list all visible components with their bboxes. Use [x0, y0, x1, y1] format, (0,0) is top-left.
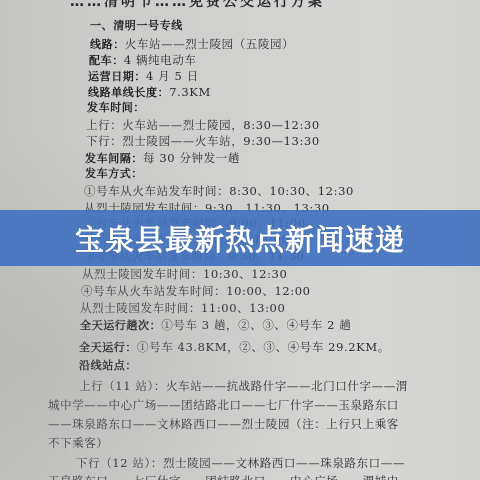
- route-row: 线路：火车站——烈士陵园（五陵园）: [90, 37, 294, 52]
- upbound-line: 上行：火车站——烈士陵园，8:30—12:30: [86, 118, 320, 132]
- stops-line: 下行（12 站）：烈士陵园——文林路西口——珠泉路东口——: [76, 456, 405, 470]
- schedule-line: ①号车从火车站发车时间：8:30、10:30、12:30: [84, 184, 354, 198]
- schedule-line: 从烈士陵园发车时间：10:30、12:30: [82, 267, 287, 281]
- headline-banner: 宝泉县最新热点新闻速递: [0, 210, 480, 266]
- downbound-line: 下行：烈士陵园——火车站，9:30—13:30: [86, 134, 320, 148]
- departure-mode-heading: 发车方式：: [85, 167, 143, 181]
- operating-date-value: 4 月 5 日: [146, 69, 199, 83]
- daily-trips-row: 全天运行趟次：①号车 3 趟，②、③、④号车 2 趟: [80, 318, 351, 333]
- stops-heading: 沿线站点：: [79, 359, 137, 373]
- stops-line: 玉泉路东口——七厂什字——团结路北口——中心广场——渭城中: [48, 474, 399, 480]
- departure-time-heading: 发车时间：: [87, 101, 145, 115]
- stops-line: 城中学——中心广场——团结路北口——七厂什字——玉泉路东口: [48, 398, 399, 412]
- stops-line: 不下乘客）: [48, 436, 109, 450]
- schedule-line: ④号车从火车站发车时间：10:00、12:00: [81, 284, 311, 298]
- section-heading: 一、清明一号专线: [90, 19, 183, 33]
- operating-date-label: 运营日期：: [88, 70, 146, 83]
- document-title-clipped: ……清明节……免费公交运行方案: [70, 0, 325, 11]
- daily-trips-value: ①号车 3 趟，②、③、④号车 2 趟: [161, 318, 351, 332]
- schedule-line: 从烈士陵园发车时间：11:00、13:00: [80, 301, 285, 315]
- route-length-label: 线路单线长度：: [88, 86, 169, 99]
- interval-label: 发车间隔：: [85, 152, 143, 165]
- vehicles-row: 配车：4 辆纯电动车: [89, 53, 196, 68]
- headline-text: 宝泉县最新热点新闻速递: [75, 218, 405, 259]
- route-value: 火车站——烈士陵园（五陵园）: [125, 37, 294, 51]
- interval-row: 发车间隔：每 30 分钟发一趟: [85, 151, 240, 166]
- stops-line: 上行（11 站）：火车站——抗战路什字——北门口什字——渭: [79, 379, 408, 393]
- route-length-row: 线路单线长度：7.3KM: [88, 85, 211, 100]
- daily-distance-row: 全天运行：①号车 43.8KM，②、③、④号车 29.2KM。: [79, 340, 390, 355]
- interval-value: 每 30 分钟发一趟: [143, 151, 240, 165]
- daily-distance-value: ①号车 43.8KM，②、③、④号车 29.2KM。: [137, 340, 390, 354]
- vehicles-value: 4 辆纯电动车: [124, 53, 197, 67]
- stops-line: ——珠泉路东口——文林路西口——烈士陵园（注：上行只上乘客: [48, 417, 399, 431]
- route-length-value: 7.3KM: [169, 85, 211, 99]
- daily-distance-label: 全天运行：: [79, 341, 137, 354]
- daily-trips-label: 全天运行趟次：: [80, 319, 161, 332]
- operating-date-row: 运营日期：4 月 5 日: [88, 69, 199, 84]
- vehicles-label: 配车：: [89, 54, 124, 67]
- route-label: 线路：: [90, 38, 125, 51]
